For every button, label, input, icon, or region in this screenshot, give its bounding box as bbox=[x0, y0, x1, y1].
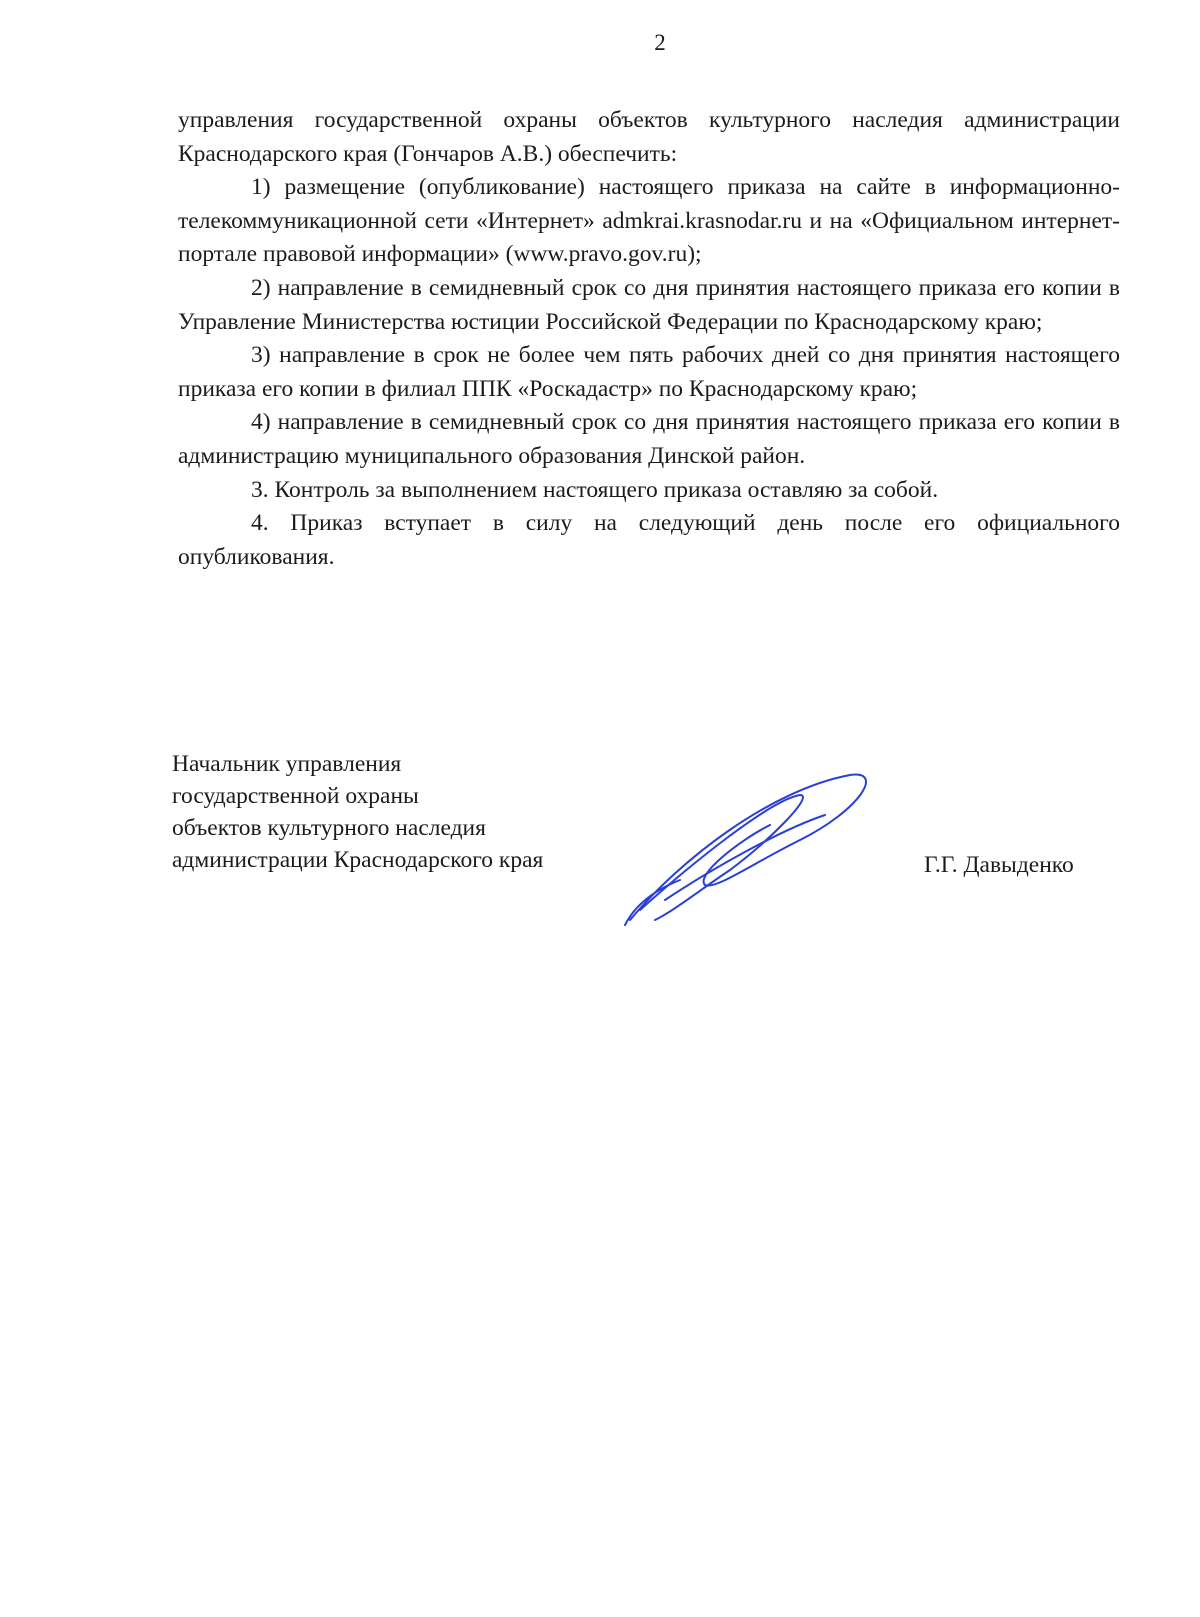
paragraph-item-3-roskadastr: 3) направление в срок не более чем пять … bbox=[178, 339, 1120, 406]
paragraph-clause-3-control: 3. Контроль за выполнением настоящего пр… bbox=[178, 474, 1120, 508]
document-body: управления государственной охраны объект… bbox=[178, 104, 1120, 574]
signer-name: Г.Г. Давыденко bbox=[924, 852, 1074, 879]
handwritten-signature-icon bbox=[620, 770, 880, 930]
position-line: государственной охраны bbox=[172, 780, 543, 812]
page-number: 2 bbox=[0, 30, 1200, 56]
signatory-position: Начальник управления государственной охр… bbox=[172, 748, 543, 876]
position-line: администрации Краснодарского края bbox=[172, 844, 543, 876]
position-line: Начальник управления bbox=[172, 748, 543, 780]
paragraph-intro: управления государственной охраны объект… bbox=[178, 104, 1120, 171]
paragraph-item-4-municipal-administration: 4) направление в семидневный срок со дня… bbox=[178, 406, 1120, 473]
position-line: объектов культурного наследия bbox=[172, 812, 543, 844]
paragraph-item-2-ministry-of-justice: 2) направление в семидневный срок со дня… bbox=[178, 272, 1120, 339]
paragraph-item-1-publication: 1) размещение (опубликование) настоящего… bbox=[178, 171, 1120, 272]
paragraph-clause-4-effective-date: 4. Приказ вступает в силу на следующий д… bbox=[178, 507, 1120, 574]
